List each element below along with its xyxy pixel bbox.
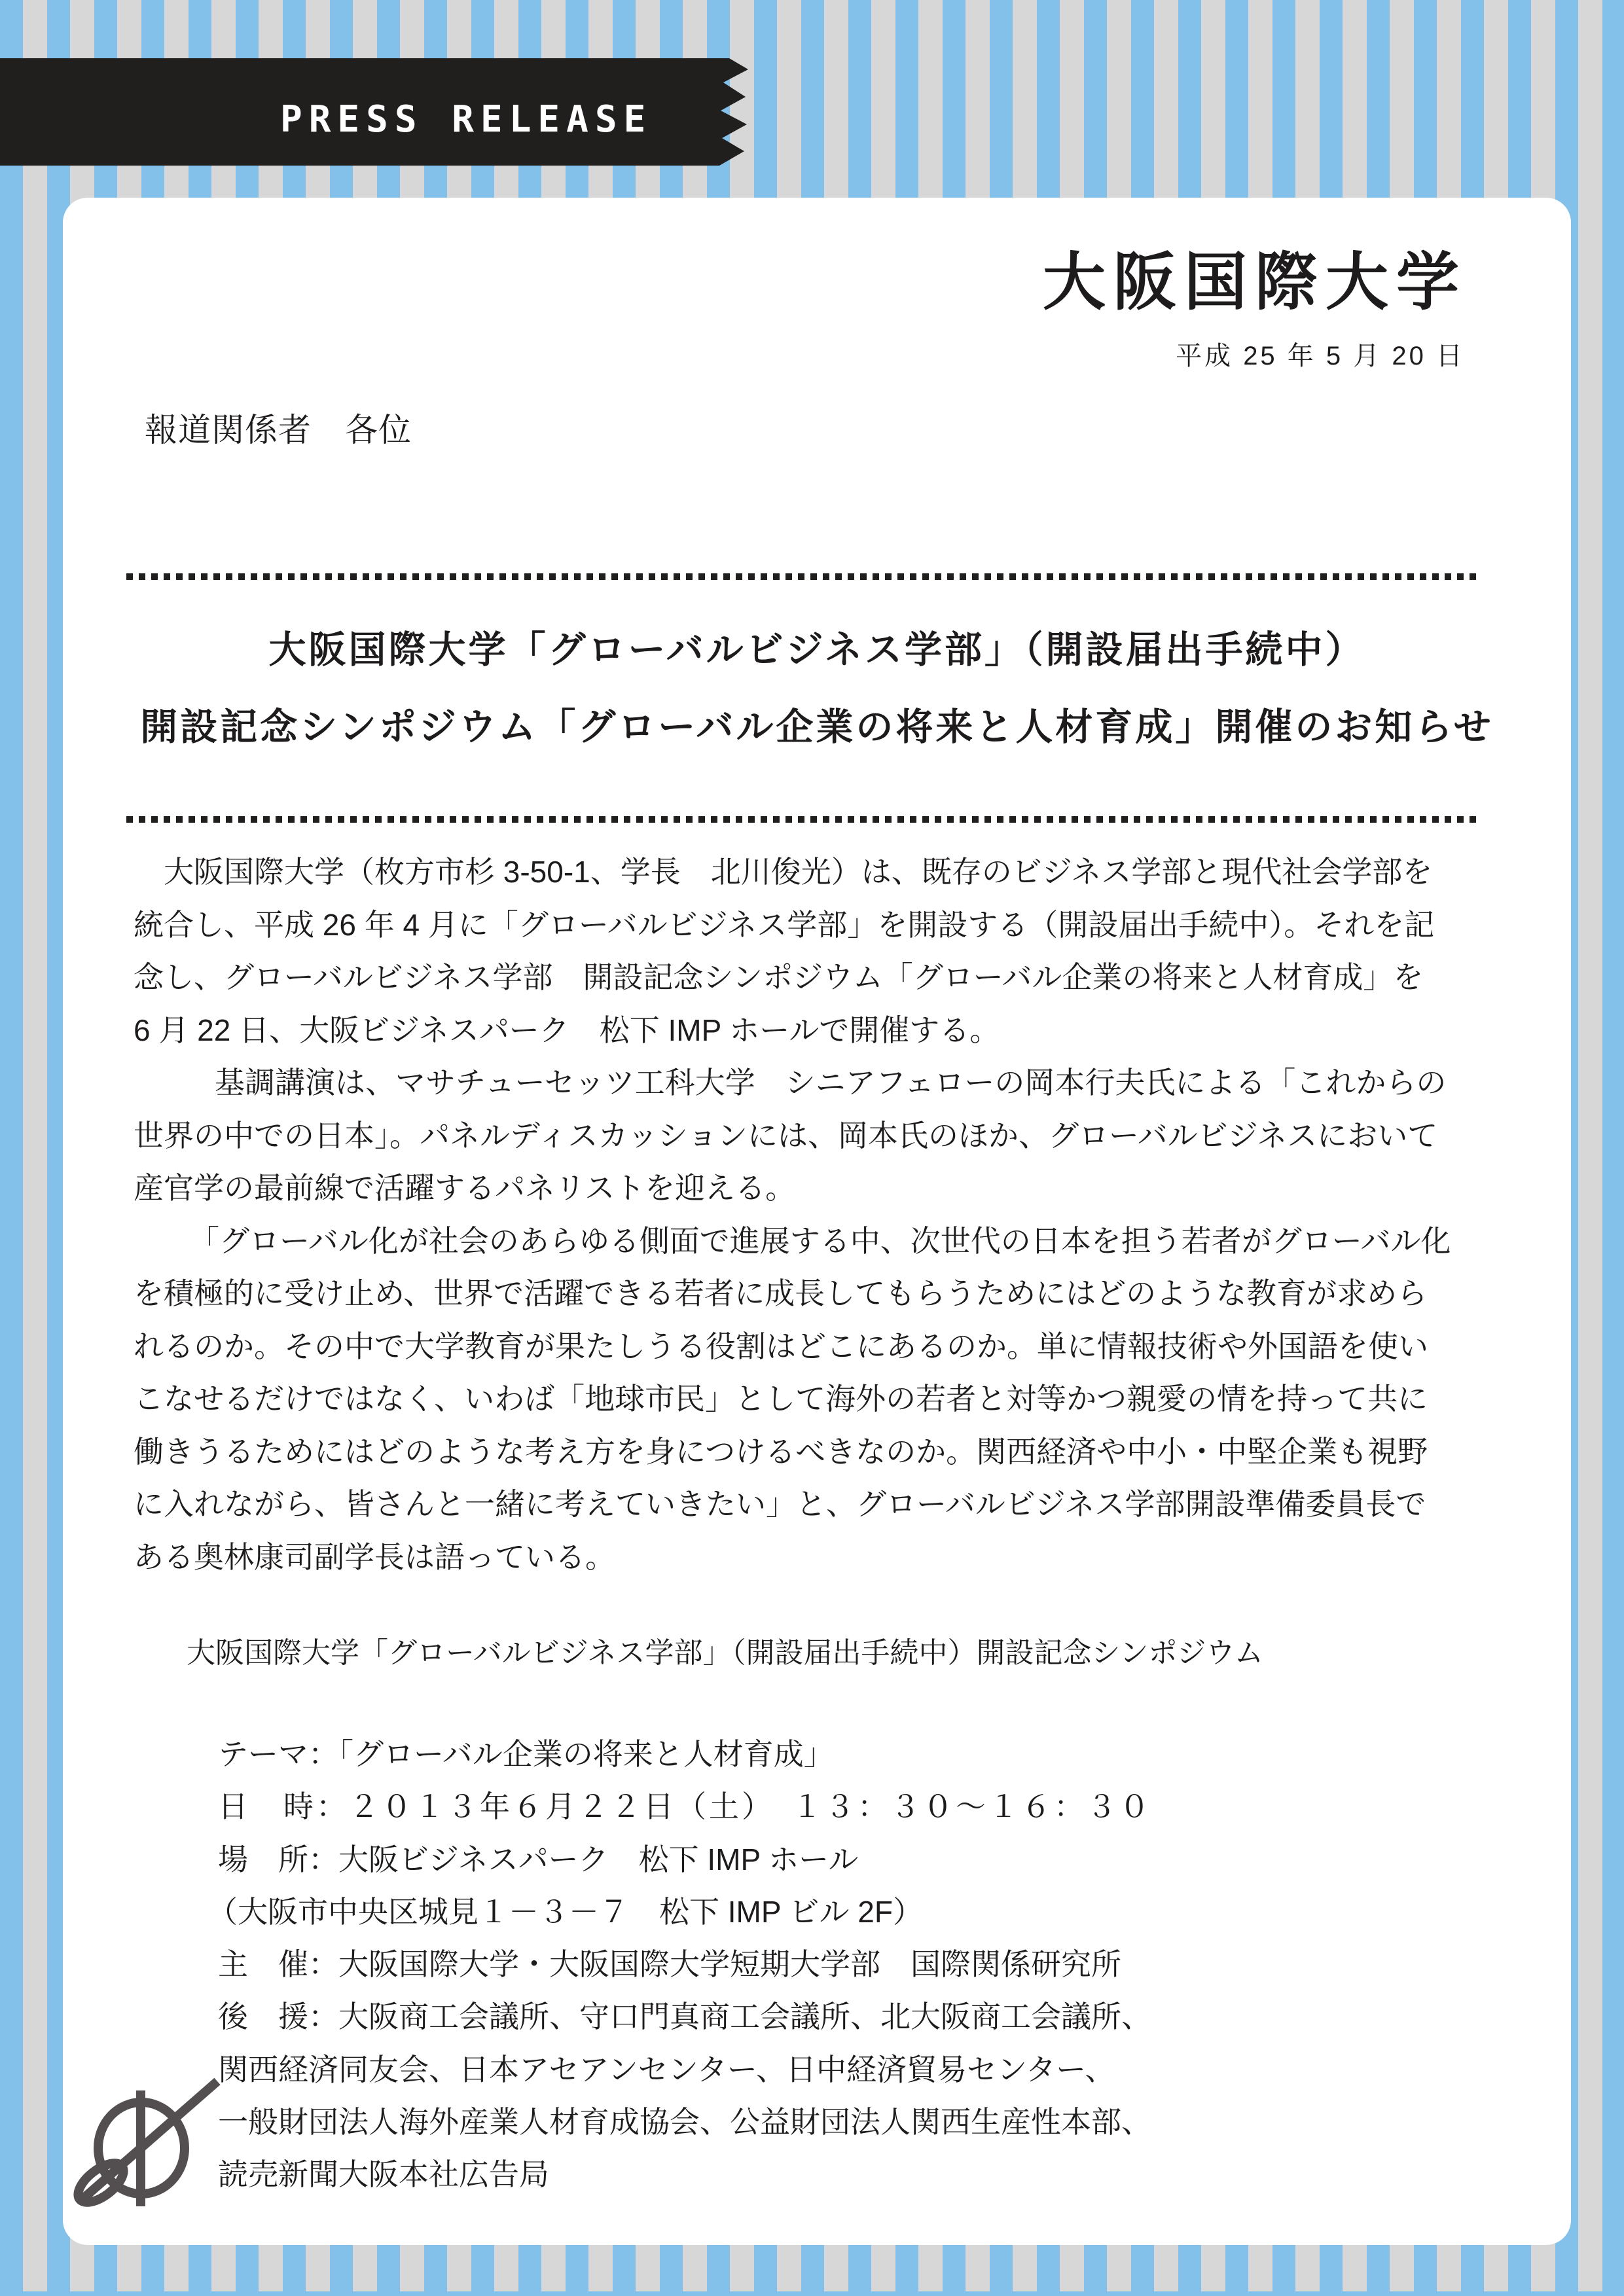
- headline-line-1: 大阪国際大学「グローバルビジネス学部」（開設届出手続中）: [63, 632, 1571, 669]
- body-line: を積極的に受け止め、世界で活躍できる若者に成長してもらうためにはどのような教育が…: [134, 1267, 1554, 1320]
- headline-line-2: 開設記念シンポジウム「グローバル企業の将来と人材育成」開催のお知らせ: [63, 709, 1571, 746]
- detail-line-support-3: 一般財団法人海外産業人材育成協会、公益財団法人関西生産性本部、: [218, 2096, 1152, 2148]
- bottom-blue-strip: [0, 2291, 1624, 2296]
- body-line: 働きうるためにはどのような考え方を身につけるべきなのか。関西経済や中小・中堅企業…: [134, 1426, 1554, 1479]
- press-release-page: PRESS RELEASE 大阪国際大学 平成 25 年 5 月 20 日 報道…: [0, 0, 1624, 2296]
- symposium-subheading: 大阪国際大学「グローバルビジネス学部」（開設届出手続中）開設記念シンポジウム: [187, 1636, 1263, 1671]
- detail-line-theme: テーマ：「グローバル企業の将来と人材育成」: [218, 1728, 1152, 1780]
- body-line: れるのか。その中で大学教育が果たしうる役割はどこにあるのか。単に情報技術や外国語…: [134, 1320, 1554, 1373]
- press-release-banner: PRESS RELEASE: [0, 58, 748, 166]
- logo-mark-icon: [64, 2076, 236, 2220]
- banner-label: PRESS RELEASE: [280, 101, 652, 138]
- detail-line-support-2: 関西経済同友会、日本アセアンセンター、日中経済貿易センター、: [218, 2043, 1152, 2096]
- dashed-divider-top: [126, 573, 1477, 580]
- detail-line-address: （大阪市中央区城見１－３－７ 松下 IMP ビル 2F）: [208, 1886, 1152, 1938]
- release-date: 平成 25 年 5 月 20 日: [1176, 343, 1465, 369]
- addressee-line: 報道関係者 各位: [145, 414, 412, 446]
- university-title: 大阪国際大学: [1043, 251, 1467, 314]
- detail-line-organizer: 主 催：大阪国際大学・大阪国際大学短期大学部 国際関係研究所: [218, 1938, 1152, 1990]
- body-text: 大阪国際大学（枚方市杉 3-50-1、学長 北川俊光）は、既存のビジネス学部と現…: [134, 846, 1554, 1583]
- document-panel: 大阪国際大学 平成 25 年 5 月 20 日 報道関係者 各位 大阪国際大学「…: [63, 198, 1571, 2245]
- body-line: こなせるだけではなく、いわば「地球市民」として海外の若者と対等かつ親愛の情を持っ…: [134, 1372, 1554, 1426]
- detail-line-venue: 場 所：大阪ビジネスパーク 松下 IMP ホール: [218, 1833, 1152, 1886]
- body-line: ある奥林康司副学長は語っている。: [134, 1531, 1554, 1584]
- body-line: 産官学の最前線で活躍するパネリストを迎える。: [134, 1162, 1554, 1215]
- body-line: 統合し、平成 26 年 4 月に「グローバルビジネス学部」を開設する（開設届出手…: [134, 899, 1554, 952]
- dashed-divider-bottom: [126, 816, 1477, 823]
- detail-line-support: 後 援：大阪商工会議所、守口門真商工会議所、北大阪商工会議所、: [218, 1990, 1152, 2043]
- detail-line-datetime: 日 時：２０１３年６月２２日（土） １３：３０～１６：３０: [218, 1780, 1152, 1833]
- event-details-list: テーマ：「グローバル企業の将来と人材育成」 日 時：２０１３年６月２２日（土） …: [218, 1728, 1152, 2201]
- body-line: 世界の中での日本」。パネルディスカッションには、岡本氏のほか、グローバルビジネス…: [134, 1109, 1554, 1162]
- detail-line-support-4: 読売新聞大阪本社広告局: [218, 2148, 1152, 2200]
- body-line: 基調講演は、マサチューセッツ工科大学 シニアフェローの岡本行夫氏による「これから…: [134, 1056, 1554, 1109]
- body-line: 「グローバル化が社会のあらゆる側面で進展する中、次世代の日本を担う若者がグローバ…: [134, 1215, 1554, 1268]
- body-line: 大阪国際大学（枚方市杉 3-50-1、学長 北川俊光）は、既存のビジネス学部と現…: [134, 846, 1554, 899]
- body-line: 6 月 22 日、大阪ビジネスパーク 松下 IMP ホールで開催する。: [134, 1004, 1554, 1057]
- body-line: 念し、グローバルビジネス学部 開設記念シンポジウム「グローバル企業の将来と人材育…: [134, 951, 1554, 1004]
- body-line: に入れながら、皆さんと一緒に考えていきたい」と、グローバルビジネス学部開設準備委…: [134, 1478, 1554, 1531]
